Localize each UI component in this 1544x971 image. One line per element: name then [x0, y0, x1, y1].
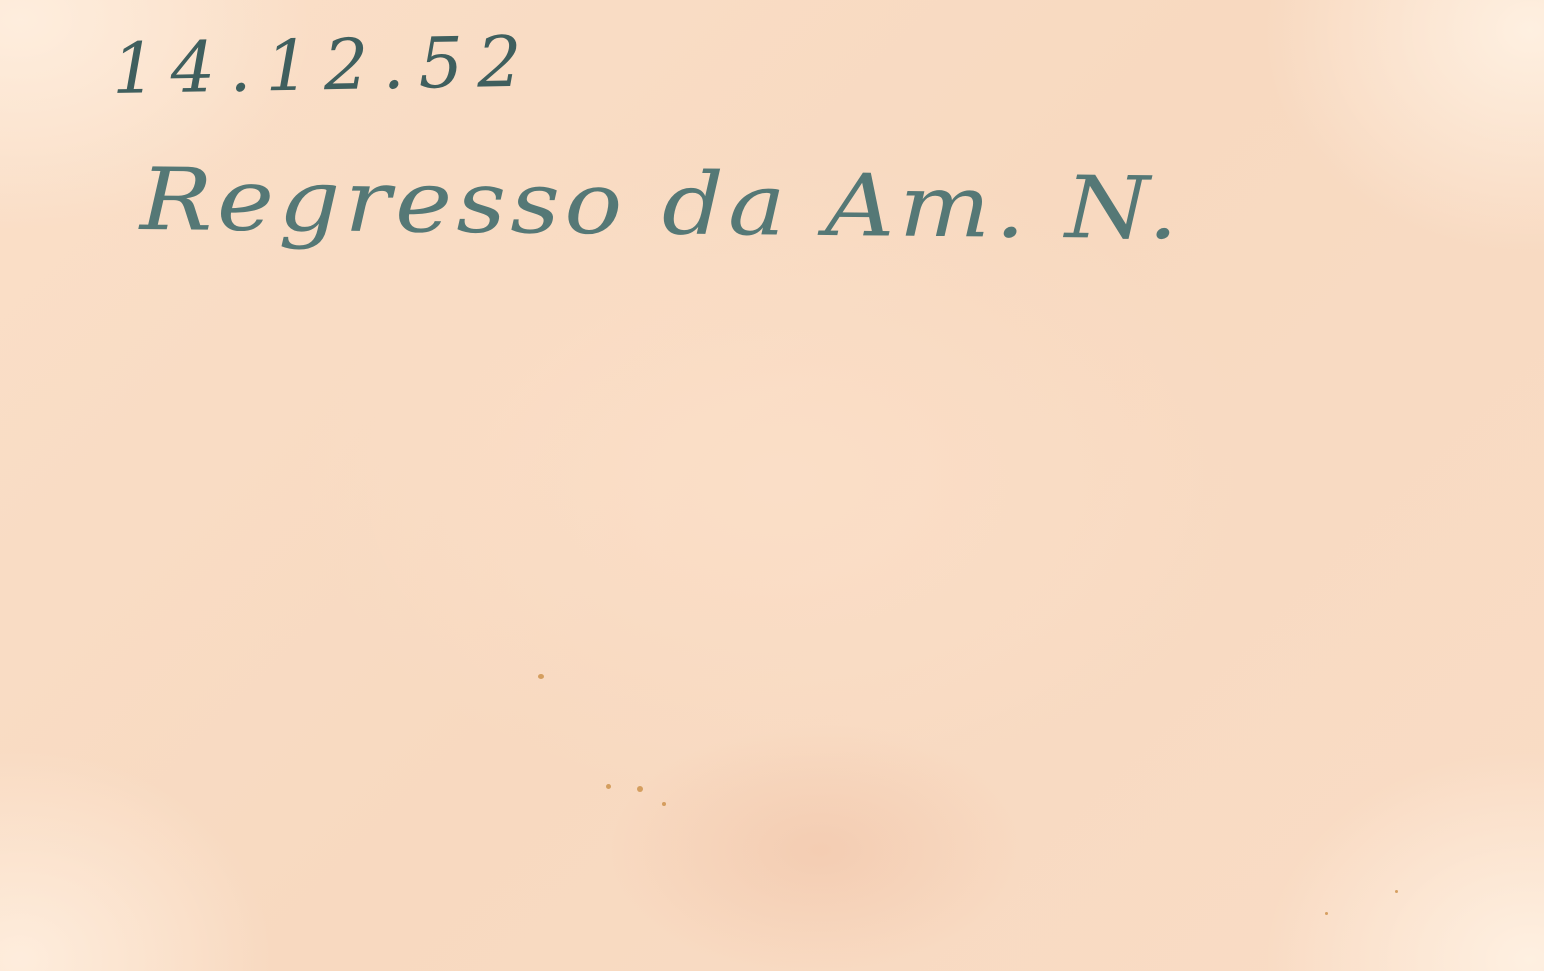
handwritten-date: 14.12.52	[111, 21, 536, 110]
foxing-spot	[1325, 912, 1328, 915]
foxing-spot	[1395, 890, 1398, 893]
handwritten-note: Regresso da Am. N.	[140, 150, 1184, 259]
foxing-spot	[606, 784, 611, 789]
foxing-spot	[637, 786, 643, 792]
foxing-spot	[662, 802, 666, 806]
photo-back-card: 14.12.52 Regresso da Am. N.	[0, 0, 1544, 971]
foxing-spot	[538, 674, 544, 679]
